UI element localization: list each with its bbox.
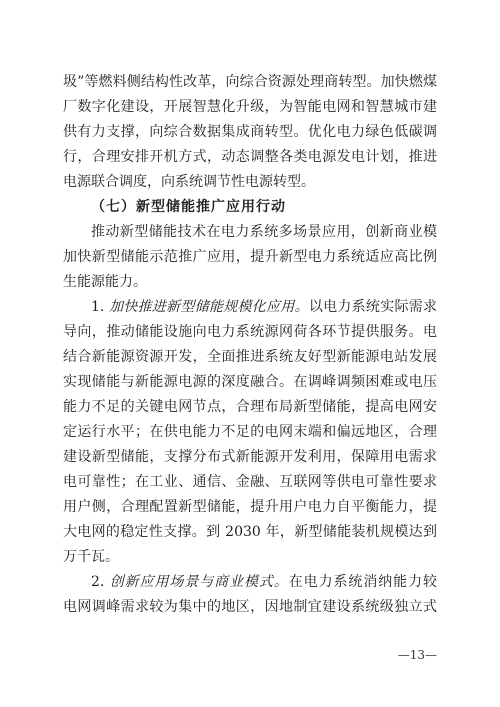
text-segment: 加快推进新型储能规模化应用。 xyxy=(109,299,309,315)
text-line: 圾”等燃料侧结构性改革，向综合资源处理商转型。加快燃煤电 xyxy=(63,70,437,95)
text-segment: 能力不足的关键电网节点，合理布局新型储能，提高电网安全稳 xyxy=(63,399,437,420)
text-segment: 建设新型储能，支撑分布式新能源开发利用，保障用电需求和供 xyxy=(63,449,437,470)
text-segment: 电可靠性；在工业、通信、金融、互联网等供电可靠性要求高的 xyxy=(63,474,437,495)
text-segment: 推动新型储能技术在电力系统多场景应用，创新商业模式， xyxy=(63,224,437,245)
text-segment: 2. xyxy=(91,574,110,590)
text-line: 生能源能力。 xyxy=(63,270,437,295)
text-line: 导向，推动储能设施向电力系统源网荷各环节提供服务。电源侧 xyxy=(63,320,437,345)
text-line: 推动新型储能技术在电力系统多场景应用，创新商业模式， xyxy=(63,220,437,245)
text-block: 圾”等燃料侧结构性改革，向综合资源处理商转型。加快燃煤电厂数字化建设，开展智慧化… xyxy=(63,70,437,620)
text-line: 用户侧，合理配置新型储能，提升用户电力自平衡能力，提高对 xyxy=(63,495,437,520)
text-segment: 供有力支撑，向综合数据集成商转型。优化电力绿色低碳调度运 xyxy=(63,124,437,145)
text-line: 行，合理安排开机方式，动态调整各类电源发电计划，推进多种 xyxy=(63,145,437,170)
text-line: 建设新型储能，支撑分布式新能源开发利用，保障用电需求和供 xyxy=(63,445,437,470)
text-segment: 结合新能源资源开发，全面推进系统友好型新能源电站发展模式， xyxy=(63,349,437,370)
text-segment: 电网调峰需求较为集中的地区，因地制宜建设系统级独立式新型 xyxy=(63,599,437,620)
text-segment: 电源联合调度，向系统调节性电源转型。 xyxy=(63,174,315,190)
text-segment: 实现储能与新能源电源的深度融合。在调峰调频困难或电压调节 xyxy=(63,374,437,395)
text-line: 加快新型储能示范推广应用，提升新型电力系统适应高比例可再 xyxy=(63,245,437,270)
text-line: 2. 创新应用场景与商业模式。在电力系统消纳能力较差、 xyxy=(63,570,437,595)
text-line: 结合新能源资源开发，全面推进系统友好型新能源电站发展模式， xyxy=(63,345,437,370)
text-segment: 定运行水平；在供电能力不足的电网末端和偏远地区，合理布局 xyxy=(63,424,437,445)
page-number: —13— xyxy=(398,648,437,662)
text-line: 能力不足的关键电网节点，合理布局新型储能，提高电网安全稳 xyxy=(63,395,437,420)
text-segment: 行，合理安排开机方式，动态调整各类电源发电计划，推进多种 xyxy=(63,149,437,170)
text-segment: 用户侧，合理配置新型储能，提升用户电力自平衡能力，提高对 xyxy=(63,499,437,520)
text-line: 大电网的稳定性支撑。到 2030 年，新型储能装机规模达到 2500 xyxy=(63,520,437,545)
text-line: 电源联合调度，向系统调节性电源转型。 xyxy=(63,170,437,195)
text-line: （七）新型储能推广应用行动 xyxy=(63,195,437,220)
text-segment: 圾”等燃料侧结构性改革，向综合资源处理商转型。加快燃煤电 xyxy=(63,74,437,95)
text-segment: 创新应用场景与商业模式。 xyxy=(110,574,289,590)
text-line: 电可靠性；在工业、通信、金融、互联网等供电可靠性要求高的 xyxy=(63,470,437,495)
text-segment: 万千瓦。 xyxy=(63,549,119,565)
document-page: 圾”等燃料侧结构性改革，向综合资源处理商转型。加快燃煤电厂数字化建设，开展智慧化… xyxy=(0,0,500,707)
text-line: 电网调峰需求较为集中的地区，因地制宜建设系统级独立式新型 xyxy=(63,595,437,620)
text-line: 供有力支撑，向综合数据集成商转型。优化电力绿色低碳调度运 xyxy=(63,120,437,145)
text-line: 万千瓦。 xyxy=(63,545,437,570)
text-line: 实现储能与新能源电源的深度融合。在调峰调频困难或电压调节 xyxy=(63,370,437,395)
text-segment: 加快新型储能示范推广应用，提升新型电力系统适应高比例可再 xyxy=(63,249,437,270)
text-segment: （七）新型储能推广应用行动 xyxy=(91,199,286,215)
text-line: 厂数字化建设，开展智慧化升级，为智能电网和智慧城市建设提 xyxy=(63,95,437,120)
text-segment: 厂数字化建设，开展智慧化升级，为智能电网和智慧城市建设提 xyxy=(63,99,437,120)
text-segment: 导向，推动储能设施向电力系统源网荷各环节提供服务。电源侧 xyxy=(63,324,437,345)
text-line: 定运行水平；在供电能力不足的电网末端和偏远地区，合理布局 xyxy=(63,420,437,445)
text-segment: 1. xyxy=(91,299,109,315)
text-segment: 大电网的稳定性支撑。到 2030 年，新型储能装机规模达到 2500 xyxy=(63,524,437,545)
text-segment: 生能源能力。 xyxy=(63,274,147,290)
text-line: 1. 加快推进新型储能规模化应用。以电力系统实际需求为 xyxy=(63,295,437,320)
